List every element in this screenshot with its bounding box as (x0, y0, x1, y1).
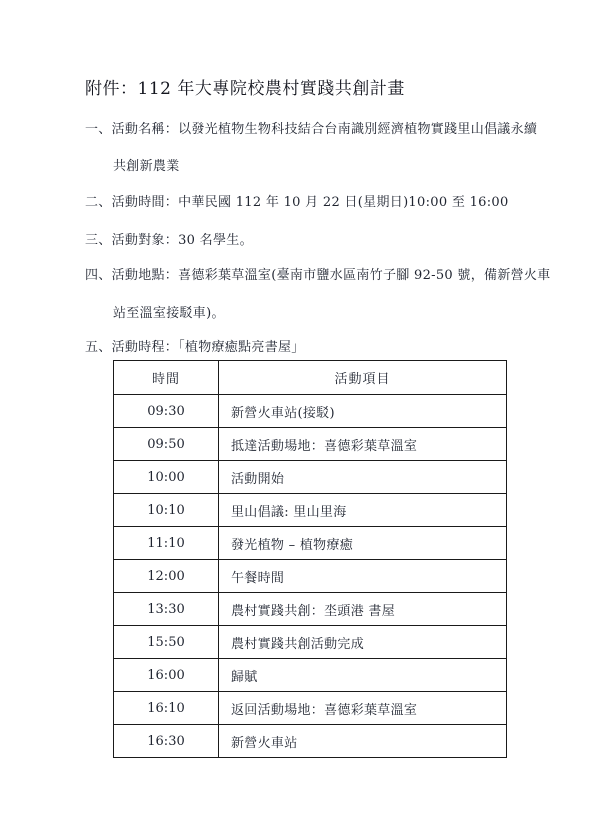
time-cell: 12:00 (114, 560, 219, 593)
table-row: 13:30 農村實踐共創：坔頭港 書屋 (114, 593, 507, 626)
activity-cell: 午餐時間 (219, 560, 507, 593)
time-cell: 15:50 (114, 626, 219, 659)
table-row: 10:00 活動開始 (114, 461, 507, 494)
table-row: 09:30 新營火車站(接駁) (114, 395, 507, 428)
table-header-row: 時間 活動項目 (114, 361, 507, 395)
time-cell: 13:30 (114, 593, 219, 626)
time-cell: 16:00 (114, 659, 219, 692)
page-title: 附件：112 年大專院校農村實踐共創計畫 (85, 74, 405, 99)
activity-cell: 發光植物 – 植物療癒 (219, 527, 507, 560)
paragraph-activity-place-line-2: 站至溫室接駁車)。 (113, 302, 225, 321)
paragraph-activity-time: 二、活動時間：中華民國 112 年 10 月 22 日(星期日)10:00 至 … (85, 191, 509, 210)
time-cell: 09:50 (114, 428, 219, 461)
paragraph-activity-name-line-1: 一、活動名稱：以發光植物生物科技結合台南識別經濟植物實踐里山倡議永續 (85, 118, 537, 137)
activity-cell: 農村實踐共創活動完成 (219, 626, 507, 659)
document-page: 附件：112 年大專院校農村實踐共創計畫 一、活動名稱：以發光植物生物科技結合台… (0, 0, 594, 839)
activity-cell: 里山倡議: 里山里海 (219, 494, 507, 527)
time-cell: 10:00 (114, 461, 219, 494)
paragraph-activity-target: 三、活動對象：30 名學生。 (85, 229, 253, 248)
table-row: 15:50 農村實踐共創活動完成 (114, 626, 507, 659)
schedule-table: 時間 活動項目 09:30 新營火車站(接駁) 09:50 抵達活動場地：喜德彩… (113, 360, 507, 758)
table-row: 16:00 歸賦 (114, 659, 507, 692)
time-cell: 10:10 (114, 494, 219, 527)
time-cell: 16:10 (114, 692, 219, 725)
paragraph-activity-schedule: 五、活動時程：「植物療癒點亮書屋」 (85, 336, 305, 355)
table-row: 11:10 發光植物 – 植物療癒 (114, 527, 507, 560)
activity-cell: 抵達活動場地：喜德彩葉草溫室 (219, 428, 507, 461)
activity-cell: 農村實踐共創：坔頭港 書屋 (219, 593, 507, 626)
activity-cell: 歸賦 (219, 659, 507, 692)
activity-cell: 新營火車站(接駁) (219, 395, 507, 428)
time-cell: 09:30 (114, 395, 219, 428)
table-row: 10:10 里山倡議: 里山里海 (114, 494, 507, 527)
activity-cell: 新營火車站 (219, 725, 507, 758)
time-cell: 11:10 (114, 527, 219, 560)
table-row: 12:00 午餐時間 (114, 560, 507, 593)
table-row: 16:30 新營火車站 (114, 725, 507, 758)
paragraph-activity-name-line-2: 共創新農業 (113, 155, 180, 174)
activity-cell: 返回活動場地：喜德彩葉草溫室 (219, 692, 507, 725)
header-time: 時間 (114, 361, 219, 395)
paragraph-activity-place-line-1: 四、活動地點：喜德彩葉草溫室(臺南市鹽水區南竹子腳 92-50 號，備新營火車 (85, 264, 551, 283)
time-cell: 16:30 (114, 725, 219, 758)
table-row: 09:50 抵達活動場地：喜德彩葉草溫室 (114, 428, 507, 461)
header-activity: 活動項目 (219, 361, 507, 395)
activity-cell: 活動開始 (219, 461, 507, 494)
table-row: 16:10 返回活動場地：喜德彩葉草溫室 (114, 692, 507, 725)
